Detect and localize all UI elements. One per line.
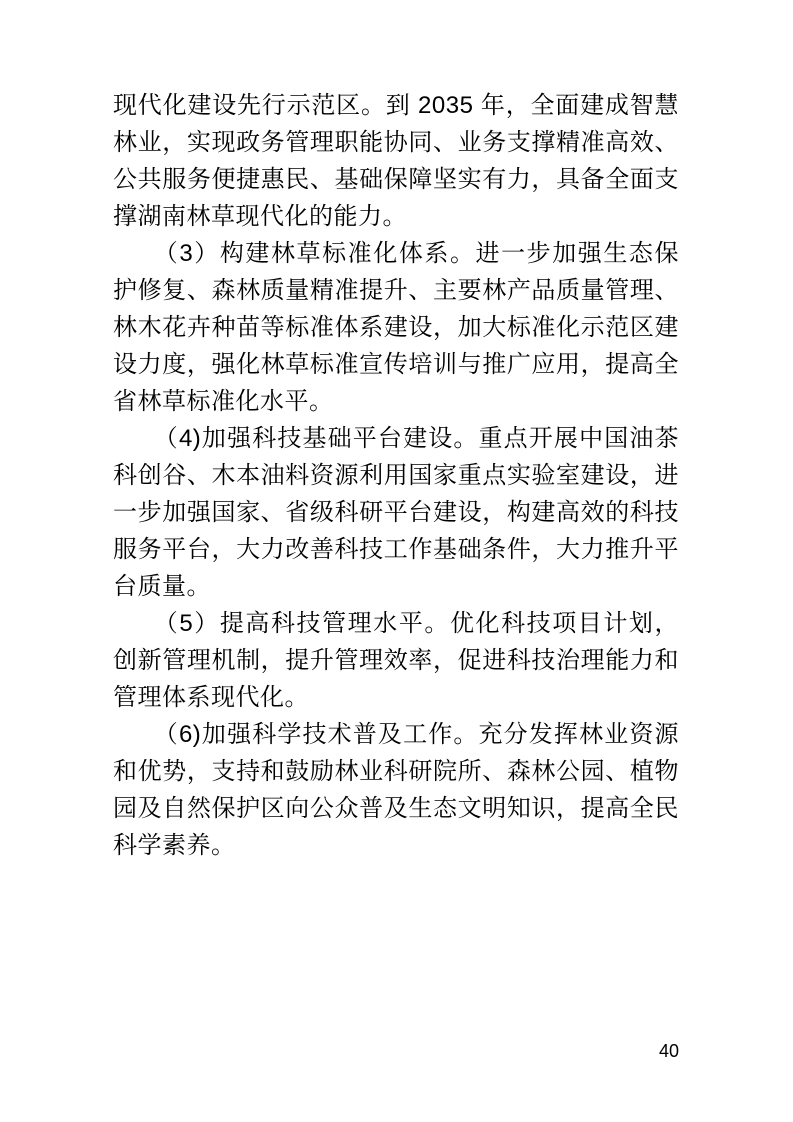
document-body: 现代化建设先行示范区。到 2035 年，全面建成智慧林业，实现政务管理职能协同、… — [113, 87, 679, 864]
paragraph: 现代化建设先行示范区。到 2035 年，全面建成智慧林业，实现政务管理职能协同、… — [113, 87, 679, 235]
paragraph: （6)加强科学技术普及工作。充分发挥林业资源和优势，支持和鼓励林业科研院所、森林… — [113, 716, 679, 864]
page-number: 40 — [659, 1040, 687, 1062]
paragraph: （5）提高科技管理水平。优化科技项目计划，创新管理机制，提升管理效率，促进科技治… — [113, 605, 679, 716]
paragraph: （4)加强科技基础平台建设。重点开展中国油茶科创谷、木本油料资源利用国家重点实验… — [113, 420, 679, 605]
document-page: 现代化建设先行示范区。到 2035 年，全面建成智慧林业，实现政务管理职能协同、… — [0, 0, 793, 1122]
paragraph: （3）构建林草标准化体系。进一步加强生态保护修复、森林质量精准提升、主要林产品质… — [113, 235, 679, 420]
